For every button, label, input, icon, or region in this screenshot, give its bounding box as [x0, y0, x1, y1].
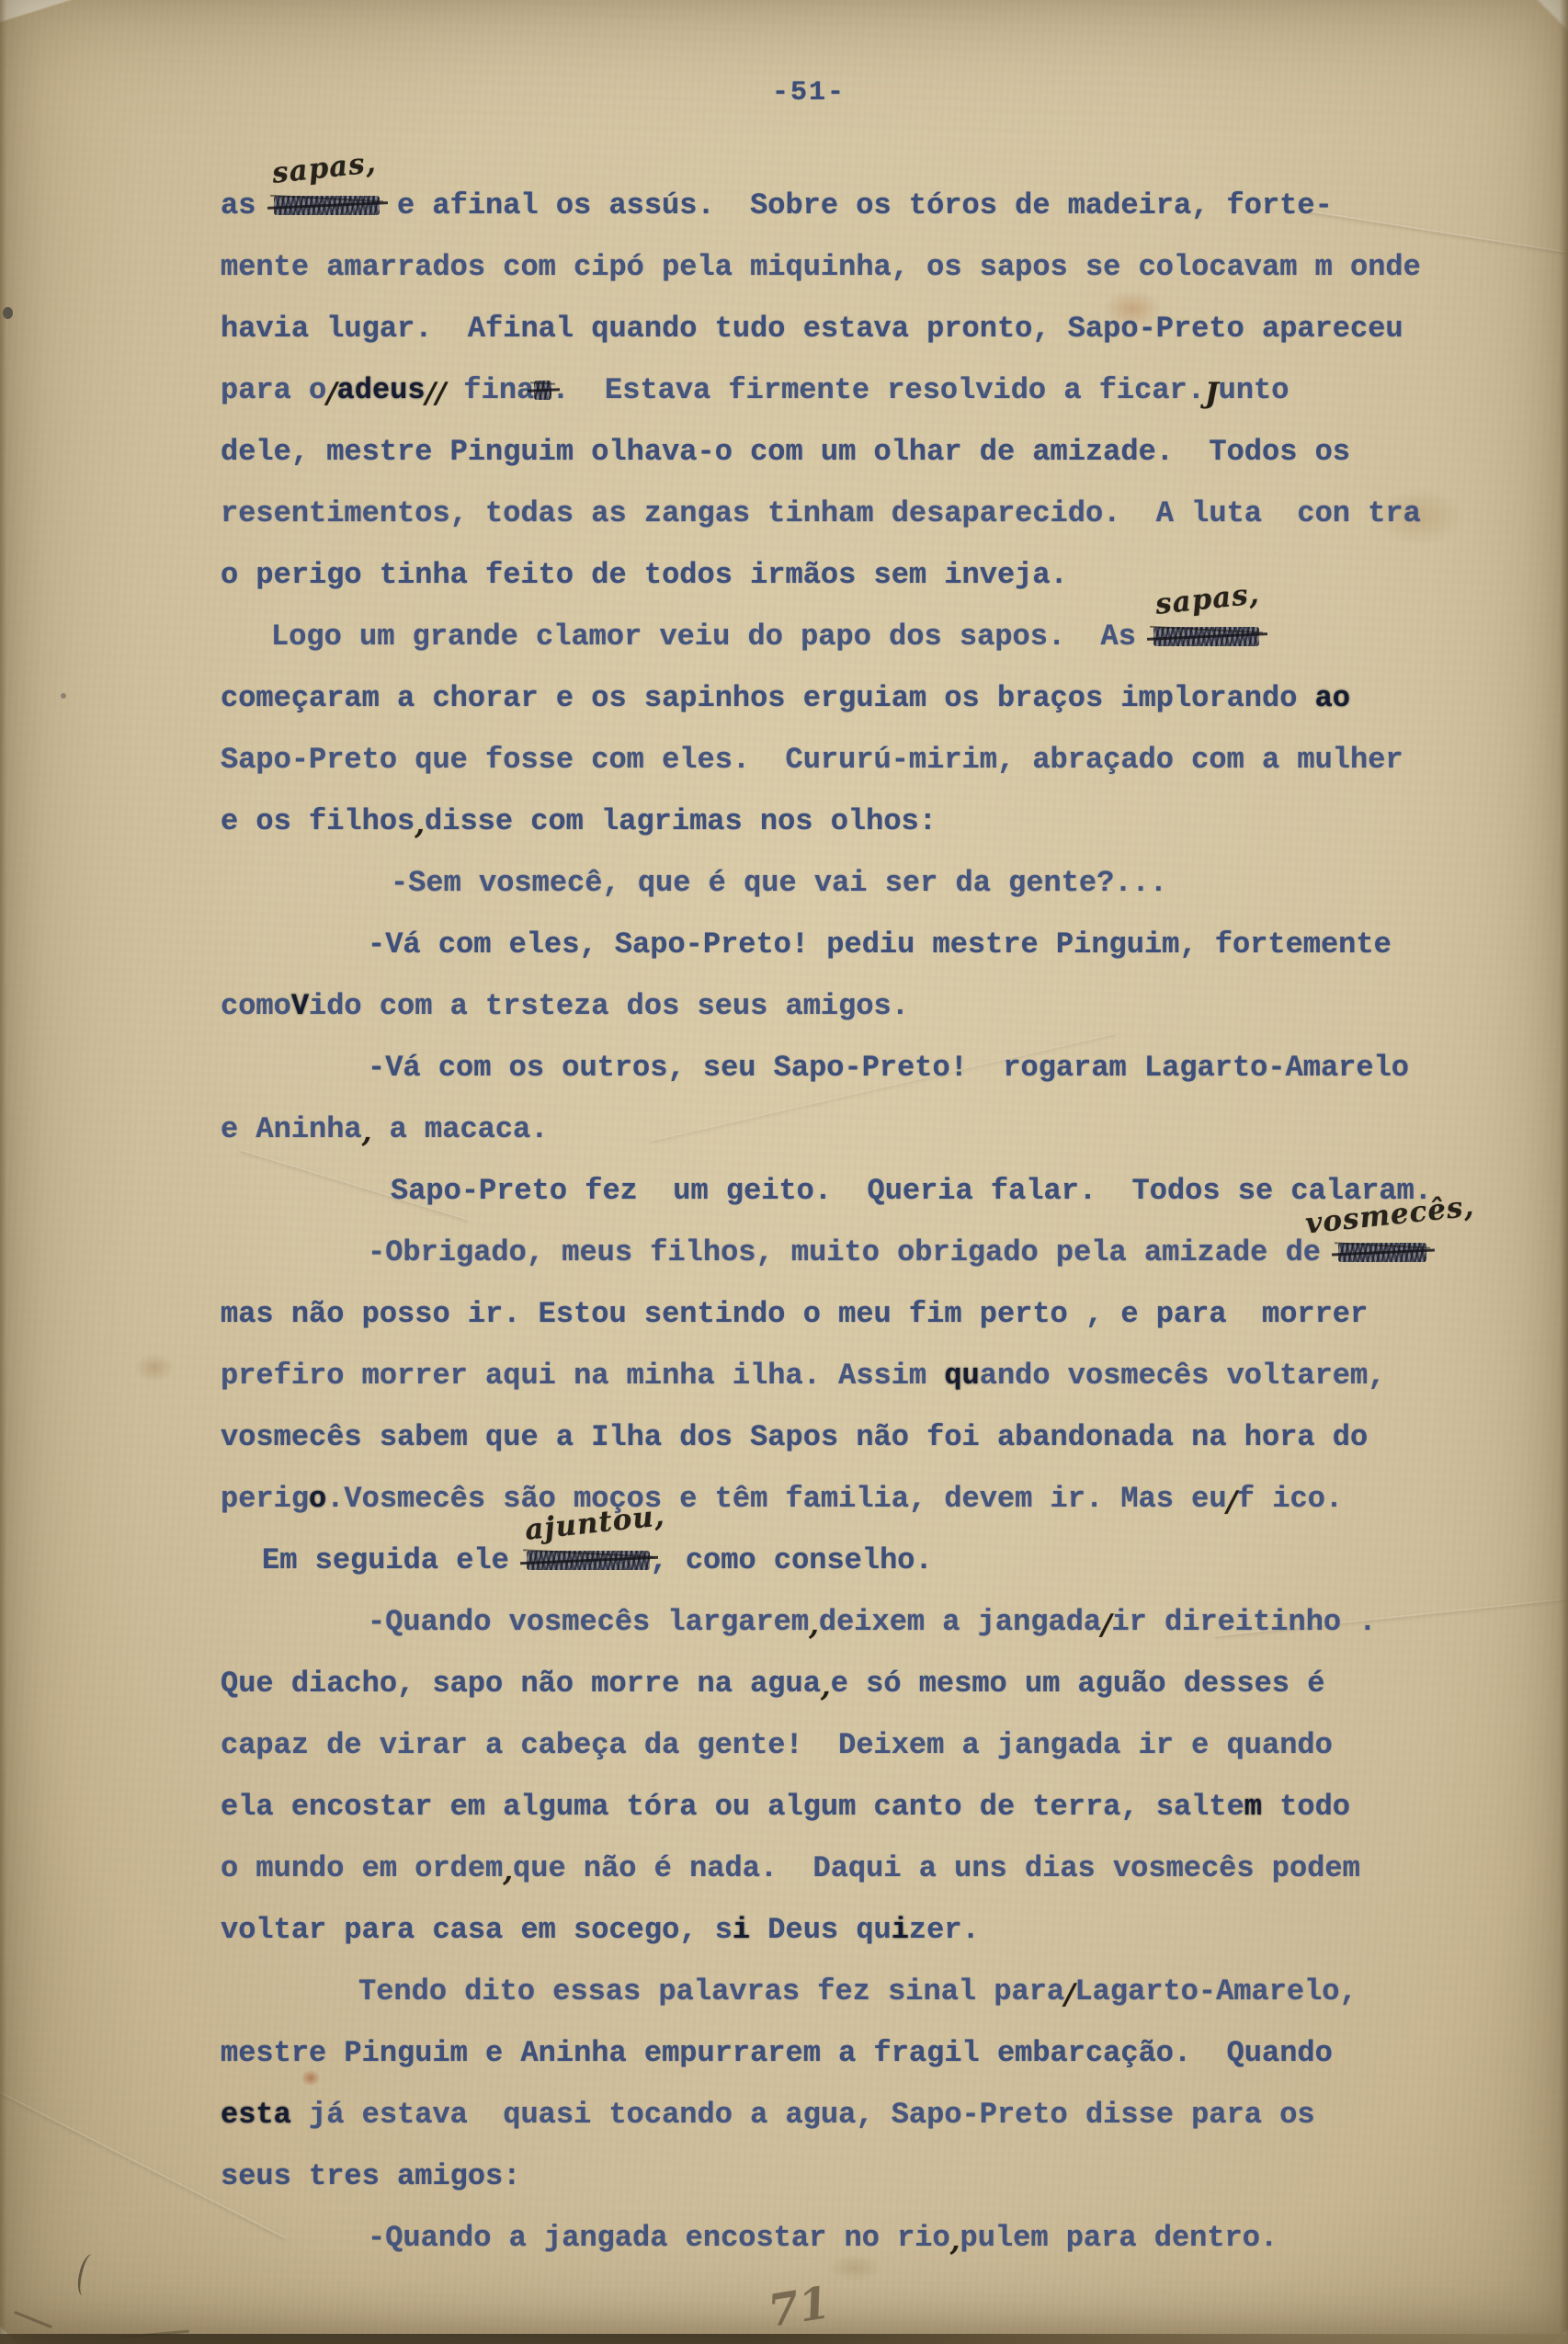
typed-text: zer. [909, 1913, 980, 1947]
overstruck-text: ao [1315, 681, 1350, 715]
text-line: para o∕adeus∕∕ fina. Estava firmente res… [221, 359, 1535, 421]
scan-edge [1560, 0, 1568, 2344]
typed-text: todo [1262, 1790, 1350, 1824]
typed-text: disse com lagrimas nos olhos: [425, 804, 937, 838]
manuscript-page: -51- as sapas, e afinal os assús. Sobre … [0, 0, 1568, 2344]
pen-mark: , [821, 1670, 831, 1703]
typed-text: Deus qu [750, 1913, 892, 1947]
typed-text: Sapo-Preto que fosse com eles. Cururú-mi… [221, 743, 1403, 777]
typed-text: Logo um grande clamor veiu do papo dos s… [271, 620, 1153, 654]
overstruck-text: V [291, 989, 309, 1023]
typed-text: voltar para casa em socego, s [221, 1913, 733, 1947]
typed-text: .Vosmecês são moços e têm familia, devem… [326, 1482, 1226, 1516]
text-line: mestre Pinguim e Aninha empurrarem a fra… [221, 2022, 1535, 2084]
typed-text: como [221, 989, 291, 1023]
scan-corner [1491, 0, 1568, 96]
typed-text: Lagarto-Amarelo, [1074, 1974, 1357, 2008]
typed-text: pulem para dentro. [960, 2221, 1278, 2255]
text-line: esta já estava quasi tocando a agua, Sap… [221, 2084, 1535, 2145]
typed-text: deixem a jangada [819, 1605, 1101, 1639]
typed-text: a macaca. [371, 1112, 548, 1146]
typed-text: ela encostar em alguma tóra ou algum can… [221, 1790, 1244, 1824]
typed-text: vosmecês sabem que a Ilha dos Sapos não … [221, 1420, 1368, 1454]
text-line: e Aninha, a macaca. [221, 1098, 1535, 1160]
scan-edge [0, 2334, 1568, 2344]
text-line: -Obrigado, meus filhos, muito obrigado p… [221, 1222, 1535, 1283]
typed-text: para o [221, 373, 326, 407]
typed-text: e os filhos [221, 804, 415, 838]
typed-text: o perigo tinha feito de todos irmãos sem… [221, 558, 1068, 592]
pen-mark: , [415, 808, 425, 841]
handwritten-correction: sapas, [1153, 563, 1263, 636]
pen-mark: ∕ [1064, 1978, 1074, 2011]
handwritten-correction: sapas, [268, 132, 379, 205]
text-line: Em seguida ele ajuntou,, como conselho. [221, 1530, 1535, 1591]
overstruck-text: adeus [337, 373, 426, 407]
text-line: -Quando a jangada encostar no rio,pulem … [221, 2207, 1535, 2269]
paper-stain [134, 1353, 175, 1383]
typed-text: mestre Pinguim e Aninha empurrarem a fra… [221, 2036, 1333, 2070]
overstruck-text: i [892, 1913, 909, 1947]
text-line: o mundo em ordem,que não é nada. Daqui a… [221, 1838, 1535, 1899]
pen-mark: ∕ [326, 377, 336, 410]
typed-text: já estava quasi tocando a agua, Sapo-Pre… [291, 2098, 1315, 2132]
typed-text: capaz de virar a cabeça da gente! Deixem… [221, 1728, 1333, 1762]
margin-pen-mark [74, 2253, 99, 2298]
text-line: começaram a chorar e os sapinhos erguiam… [221, 667, 1535, 729]
overstruck-text: i [733, 1913, 750, 1947]
text-line: ela encostar em alguma tóra ou algum can… [221, 1776, 1535, 1838]
pen-mark: , [809, 1609, 819, 1642]
typed-text: -Quando a jangada encostar no rio [368, 2221, 950, 2255]
typed-text: f ico. [1237, 1482, 1343, 1516]
text-line: capaz de virar a cabeça da gente! Deixem… [221, 1714, 1535, 1776]
struck-out-word [534, 359, 551, 421]
typed-text: Tendo dito essas palavras fez sinal para [358, 1974, 1064, 2008]
typed-text: -Vá com eles, Sapo-Preto! pediu mestre P… [368, 927, 1392, 961]
text-line: voltar para casa em socego, si Deus quiz… [221, 1899, 1535, 1961]
typed-text: -Sem vosmecê, que é que vai ser da gente… [391, 866, 1167, 900]
text-line: Tendo dito essas palavras fez sinal para… [221, 1961, 1535, 2022]
text-line: prefiro morrer aqui na minha ilha. Assim… [221, 1345, 1535, 1406]
scan-edge [0, 0, 6, 2344]
text-line: resentimentos, todas as zangas tinham de… [221, 483, 1535, 544]
typed-text: dele, mestre Pinguim olhava-o com um olh… [221, 435, 1350, 469]
text-line: dele, mestre Pinguim olhava-o com um olh… [221, 421, 1535, 483]
typed-text: o mundo em ordem [221, 1851, 503, 1885]
text-line: Sapo-Preto que fosse com eles. Cururú-mi… [221, 729, 1535, 791]
typed-text: e afinal os assús. Sobre os tóros de mad… [380, 188, 1333, 222]
scribble [534, 381, 551, 400]
pen-mark: ∕∕ [426, 377, 447, 410]
typed-text: havia lugar. Afinal quando tudo estava p… [221, 312, 1403, 346]
typed-text: começaram a chorar e os sapinhos erguiam… [221, 681, 1315, 715]
text-line: perigo.Vosmecês são moços e têm familia,… [221, 1468, 1535, 1530]
pen-mark: , [950, 2225, 960, 2258]
struck-out-word: sapas, [1153, 606, 1259, 667]
cutoff-pen-stroke [14, 2311, 52, 2328]
typed-text: Sapo-Preto fez um geito. Queria falar. T… [391, 1174, 1432, 1208]
typed-text: ido com a trsteza dos seus amigos. [309, 989, 909, 1023]
typed-text: seus tres amigos: [221, 2159, 520, 2193]
text-line: Que diacho, sapo não morre na agua,e só … [221, 1653, 1535, 1714]
typed-text: Em seguida ele [262, 1543, 527, 1577]
pen-mark: ∕ [1227, 1485, 1237, 1519]
typed-text: ando vosmecês voltarem, [980, 1359, 1386, 1393]
struck-out-word: vosmecês, [1338, 1222, 1426, 1283]
typed-text: -Quando vosmecês largarem [368, 1605, 809, 1639]
overstruck-text: esta [221, 2098, 291, 2132]
text-line: e os filhos,disse com lagrimas nos olhos… [221, 791, 1535, 852]
text-line: -Vá com eles, Sapo-Preto! pediu mestre P… [221, 914, 1535, 975]
pen-mark: J [1205, 377, 1219, 410]
text-line: as sapas, e afinal os assús. Sobre os tó… [221, 175, 1535, 236]
scan-corner [0, 0, 88, 28]
overstruck-text: o [309, 1482, 326, 1516]
text-line: o perigo tinha feito de todos irmãos sem… [221, 544, 1535, 606]
text-line: -Vá com os outros, seu Sapo-Preto! rogar… [221, 1037, 1535, 1098]
text-line: havia lugar. Afinal quando tudo estava p… [221, 298, 1535, 359]
text-line: comoVido com a trsteza dos seus amigos. [221, 975, 1535, 1037]
typed-text: que não é nada. Daqui a uns dias vosmecê… [513, 1851, 1360, 1885]
text-line: vosmecês sabem que a Ilha dos Sapos não … [221, 1406, 1535, 1468]
text-line: -Quando vosmecês largarem,deixem a janga… [221, 1591, 1535, 1653]
pen-mark: ∕ [1101, 1609, 1111, 1642]
text-line: -Sem vosmecê, que é que vai ser da gente… [221, 852, 1535, 914]
pen-mark: , [503, 1855, 513, 1888]
typed-text: . Estava firmente resolvido a ficar. [551, 373, 1205, 407]
typed-lines: as sapas, e afinal os assús. Sobre os tó… [221, 175, 1535, 2269]
struck-out-word: ajuntou, [527, 1530, 650, 1591]
typed-text: -Vá com os outros, seu Sapo-Preto! rogar… [368, 1051, 1409, 1085]
typed-text: -Obrigado, meus filhos, muito obrigado p… [368, 1235, 1338, 1269]
typed-text: e Aninha [221, 1112, 362, 1146]
margin-ink-dot [61, 693, 66, 699]
typed-text: , como conselho. [650, 1543, 932, 1577]
typed-text: unto [1219, 373, 1290, 407]
struck-out-word: sapas, [274, 175, 380, 236]
typed-text: perig [221, 1482, 309, 1516]
text-line: Logo um grande clamor veiu do papo dos s… [221, 606, 1535, 667]
typed-text: e só mesmo um aguão desses é [831, 1667, 1325, 1701]
page-number: -51- [772, 77, 846, 108]
typed-text: prefiro morrer aqui na minha ilha. Assim [221, 1359, 944, 1393]
text-line: mente amarrados com cipó pela miquinha, … [221, 236, 1535, 298]
typed-text: Que diacho, sapo não morre na agua [221, 1667, 821, 1701]
text-line: seus tres amigos: [221, 2145, 1535, 2207]
typed-text: fina [446, 373, 534, 407]
typed-text: mas não posso ir. Estou sentindo o meu f… [221, 1297, 1368, 1331]
pen-mark: , [362, 1116, 372, 1149]
typed-text: ir direitinho . [1111, 1605, 1376, 1639]
overstruck-text: m [1244, 1790, 1262, 1824]
typed-text: mente amarrados com cipó pela miquinha, … [221, 250, 1421, 284]
typed-text: as [221, 188, 274, 222]
overstruck-text: qu [944, 1359, 979, 1393]
typed-text: resentimentos, todas as zangas tinham de… [221, 496, 1421, 530]
text-line: mas não posso ir. Estou sentindo o meu f… [221, 1283, 1535, 1345]
handwritten-page-mark: 71 [765, 2277, 834, 2338]
